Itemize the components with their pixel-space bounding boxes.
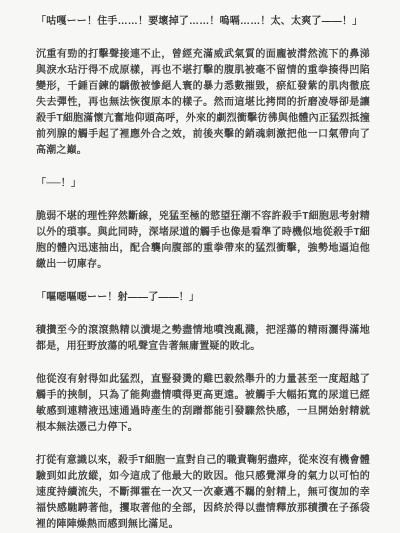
narration-paragraph: 打從有意識以來，殺手T細胞一直對自己的職責鞠躬盡瘁，從來沒有機會體驗到如此放縱，… xyxy=(36,453,370,533)
dialogue-line: 「──！」 xyxy=(36,176,370,192)
narration-paragraph: 積攢至今的滾滾熱精以潰堤之勢盡情地噴洩亂濺，把淫蕩的精雨灑得滿地都是，用狂野放蕩… xyxy=(36,323,370,355)
dialogue-line: 「咕嘎ーー！住手……！要壞掉了……！嗚嗝……！太、太爽了——！」 xyxy=(36,14,370,30)
narration-paragraph: 沉重有勁的打擊聲接連不止，曾經充滿威武氣質的面龐被潸然流下的鼻涕與淚水玷汙得不成… xyxy=(36,47,370,159)
dialogue-line: 「嘔噁嘔噁ーー！射——了——！」 xyxy=(36,290,370,306)
novel-page: 「咕嘎ーー！住手……！要壞掉了……！嗚嗝……！太、太爽了——！」 沉重有勁的打擊… xyxy=(0,0,400,533)
narration-paragraph: 他從沒有射得如此猛烈，直豎發燙的雞巴毅然舉升的力量甚至一度超越了觸手的挾制，只為… xyxy=(36,372,370,436)
narration-paragraph: 脆弱不堪的理性猝然斷線，兇猛至極的慾望狂潮不容許殺手T細胞思考射精以外的瑣事。與… xyxy=(36,209,370,273)
novel-text-body: 「咕嘎ーー！住手……！要壞掉了……！嗚嗝……！太、太爽了——！」 沉重有勁的打擊… xyxy=(36,14,370,533)
